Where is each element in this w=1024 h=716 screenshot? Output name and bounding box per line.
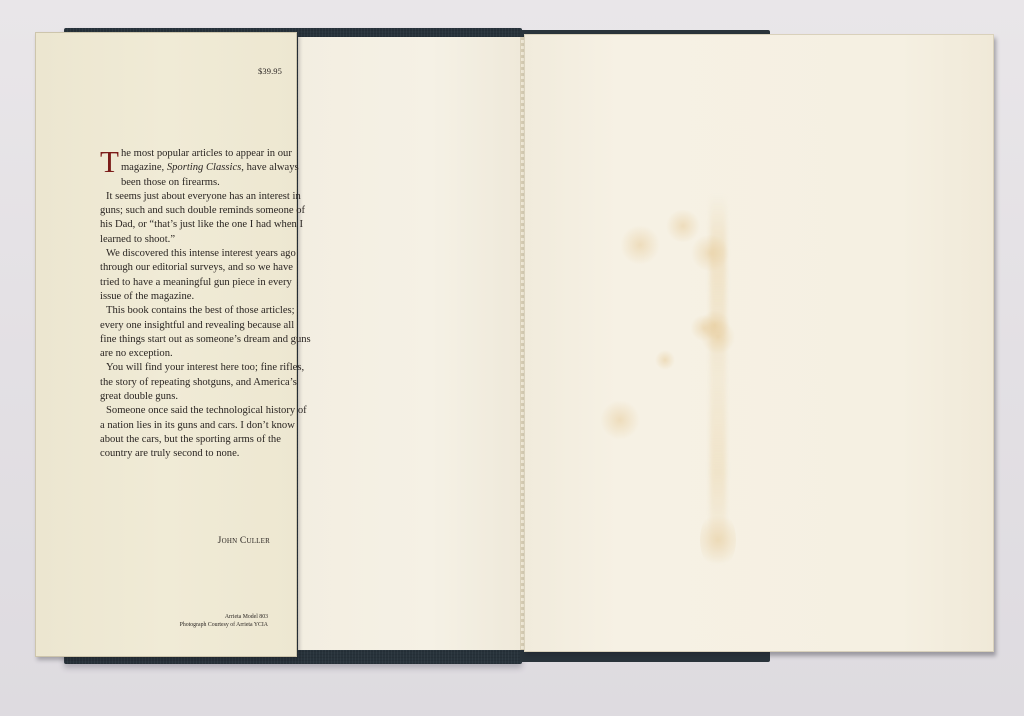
blurb-paragraph: The most popular articles to appear in o…: [100, 147, 312, 190]
drop-cap: T: [100, 150, 119, 176]
blurb-paragraph: Someone once said the technological hist…: [100, 404, 312, 461]
foxing-stain: [620, 225, 660, 265]
foxing-stain: [690, 235, 730, 271]
price-label: $39.95: [258, 66, 282, 76]
dust-jacket-flap: $39.95 The most popular articles to appe…: [35, 32, 297, 657]
blurb-paragraph: It seems just about everyone has an inte…: [100, 190, 312, 247]
author-signature: John Culler: [218, 536, 270, 546]
left-endpaper: [298, 37, 521, 650]
photo-credits: Arrieta Model 803 Photograph Courtesy of…: [180, 613, 268, 629]
flap-blurb: The most popular articles to appear in o…: [100, 147, 312, 462]
foxing-stain: [655, 350, 675, 370]
foxing-stain: [600, 400, 640, 440]
blurb-paragraph: You will find your interest here too; fi…: [100, 361, 312, 404]
magazine-title: Sporting Classics: [167, 162, 241, 173]
foxing-stain: [700, 320, 736, 354]
credit-photo: Photograph Courtesy of Arrieta YCIA: [180, 621, 268, 629]
open-book-scene: $39.95 The most popular articles to appe…: [0, 0, 1024, 716]
foxing-stain: [700, 510, 736, 570]
blurb-paragraph: This book contains the best of those art…: [100, 304, 312, 361]
blurb-paragraph: We discovered this intense interest year…: [100, 247, 312, 304]
foxing-stain: [665, 210, 701, 242]
right-endpaper-page: [524, 34, 994, 652]
credit-model: Arrieta Model 803: [180, 613, 268, 621]
